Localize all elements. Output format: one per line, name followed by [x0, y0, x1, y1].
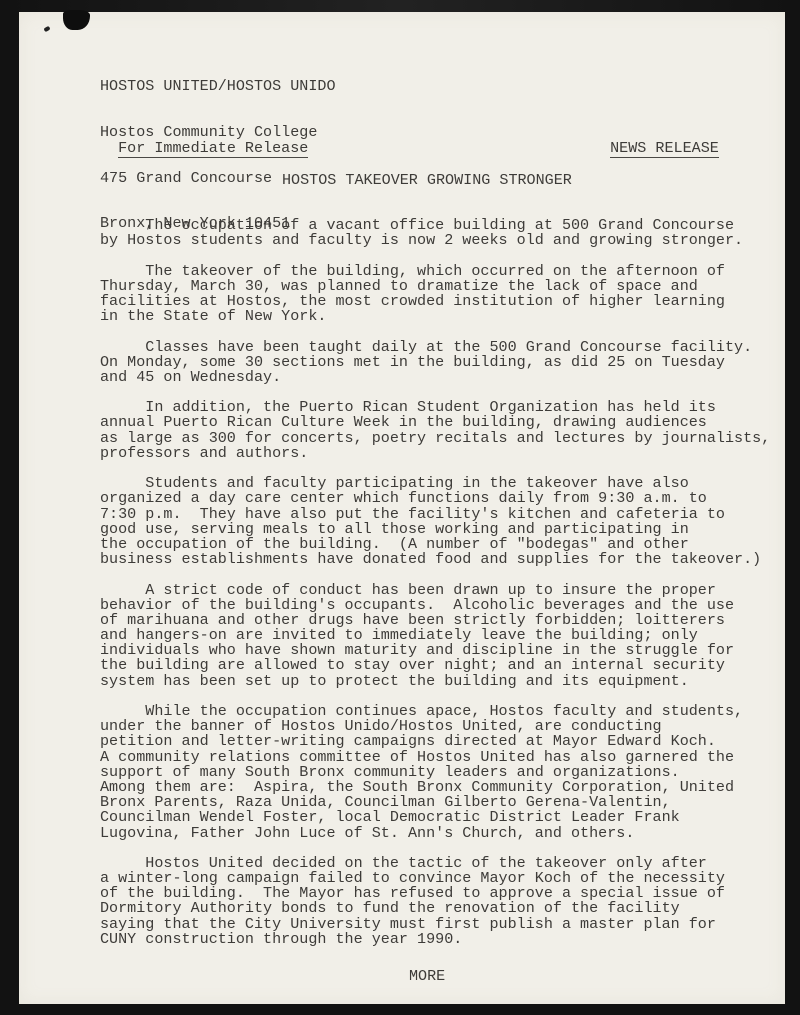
paragraph-line: Lugovina, Father John Luce of St. Ann's … [100, 826, 770, 841]
article-body: The occupation of a vacant office buildi… [100, 218, 770, 962]
paragraph: A strict code of conduct has been drawn … [100, 583, 770, 689]
letterhead-line: HOSTOS UNITED/HOSTOS UNIDO [100, 79, 336, 94]
paragraph: Hostos United decided on the tactic of t… [100, 856, 770, 947]
paragraph: The takeover of the building, which occu… [100, 264, 770, 325]
paragraph-line: CUNY construction through the year 1990. [100, 932, 770, 947]
paragraph-line: business establishments have donated foo… [100, 552, 770, 567]
paragraph-line: and 45 on Wednesday. [100, 370, 770, 385]
paragraph: Classes have been taught daily at the 50… [100, 340, 770, 386]
news-release-label: NEWS RELEASE [610, 139, 719, 158]
release-label-wrap: For Immediate Release [100, 126, 308, 156]
paragraph: The occupation of a vacant office buildi… [100, 218, 770, 248]
news-label-wrap: NEWS RELEASE [592, 126, 719, 156]
paragraph-line: by Hostos students and faculty is now 2 … [100, 233, 770, 248]
release-label: For Immediate Release [118, 139, 308, 158]
paragraph: In addition, the Puerto Rican Student Or… [100, 400, 770, 461]
paragraph: Students and faculty participating in th… [100, 476, 770, 567]
paragraph-line: in the State of New York. [100, 309, 770, 324]
paragraph: While the occupation continues apace, Ho… [100, 704, 770, 841]
paragraph-line: professors and authors. [100, 446, 770, 461]
more-label: MORE [409, 969, 445, 984]
headline: HOSTOS TAKEOVER GROWING STRONGER [282, 173, 572, 188]
paragraph-line: system has been set up to protect the bu… [100, 674, 770, 689]
